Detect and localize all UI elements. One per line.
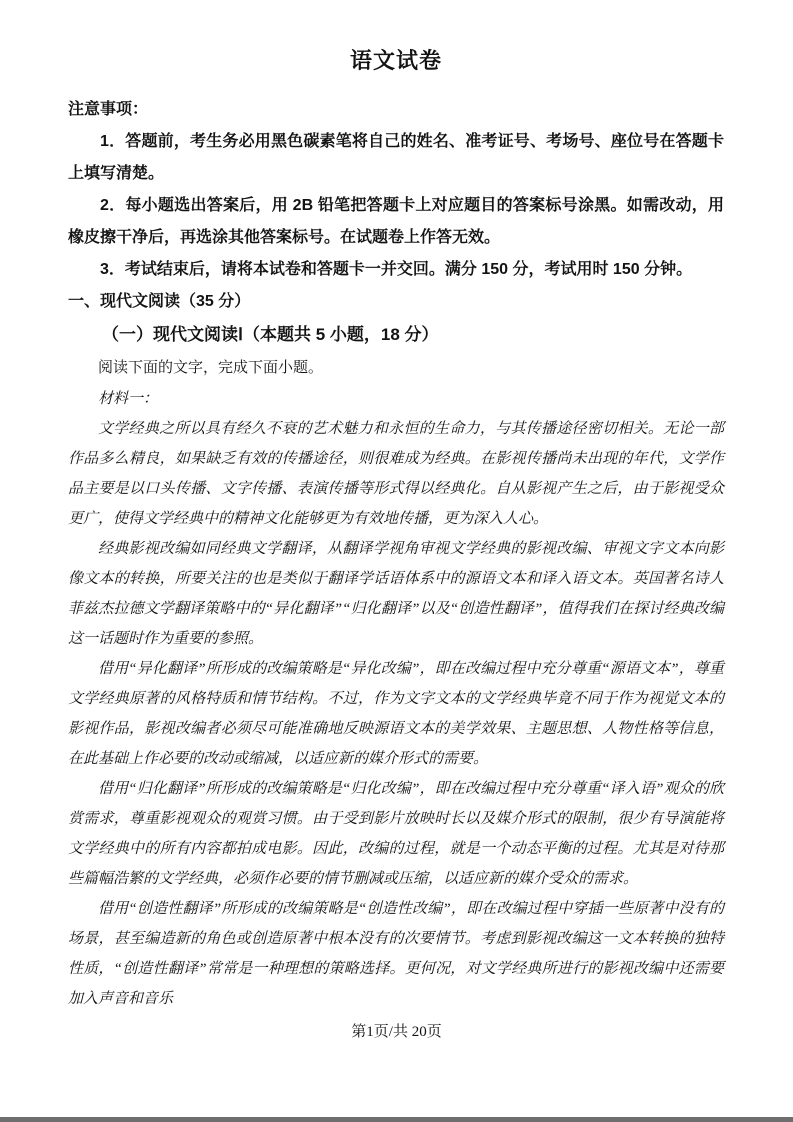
notice-item-1: 1．答题前，考生务必用黑色碳素笔将自己的姓名、准考证号、考场号、座位号在答题卡上… [68,126,724,190]
material-one-label: 材料一： [68,384,724,414]
material-paragraph-3: 借用“异化翻译”所形成的改编策略是“异化改编”，即在改编过程中充分尊重“源语文本… [68,654,724,774]
scan-edge-strip [0,1117,793,1122]
material-paragraph-4: 借用“归化翻译”所形成的改编策略是“归化改编”，即在改编过程中充分尊重“译入语”… [68,774,724,894]
notice-item-3: 3．考试结束后，请将本试卷和答题卡一并交回。满分 150 分，考试用时 150 … [68,254,724,286]
material-paragraph-5: 借用“创造性翻译”所形成的改编策略是“创造性改编”，即在改编过程中穿插一些原著中… [68,894,724,1014]
page-title: 语文试卷 [68,46,724,76]
page-number-footer: 第1页/共 20页 [0,1022,793,1042]
material-paragraph-1: 文学经典之所以具有经久不衰的艺术魅力和永恒的生命力，与其传播途径密切相关。无论一… [68,414,724,534]
material-paragraph-2: 经典影视改编如同经典文学翻译，从翻译学视角审视文学经典的影视改编、审视文字文本向… [68,534,724,654]
section-heading-modern-reading: 一、现代文阅读（35 分） [68,286,724,318]
exam-paper-page: 语文试卷 注意事项： 1．答题前，考生务必用黑色碳素笔将自己的姓名、准考证号、考… [0,0,793,1122]
notice-label: 注意事项： [68,94,724,126]
subsection-heading-reading-1: （一）现代文阅读Ⅰ（本题共 5 小题，18 分） [68,318,724,352]
notice-item-2: 2．每小题选出答案后，用 2B 铅笔把答题卡上对应题目的答案标号涂黑。如需改动，… [68,190,724,254]
reading-instruction: 阅读下面的文字，完成下面小题。 [68,352,724,384]
